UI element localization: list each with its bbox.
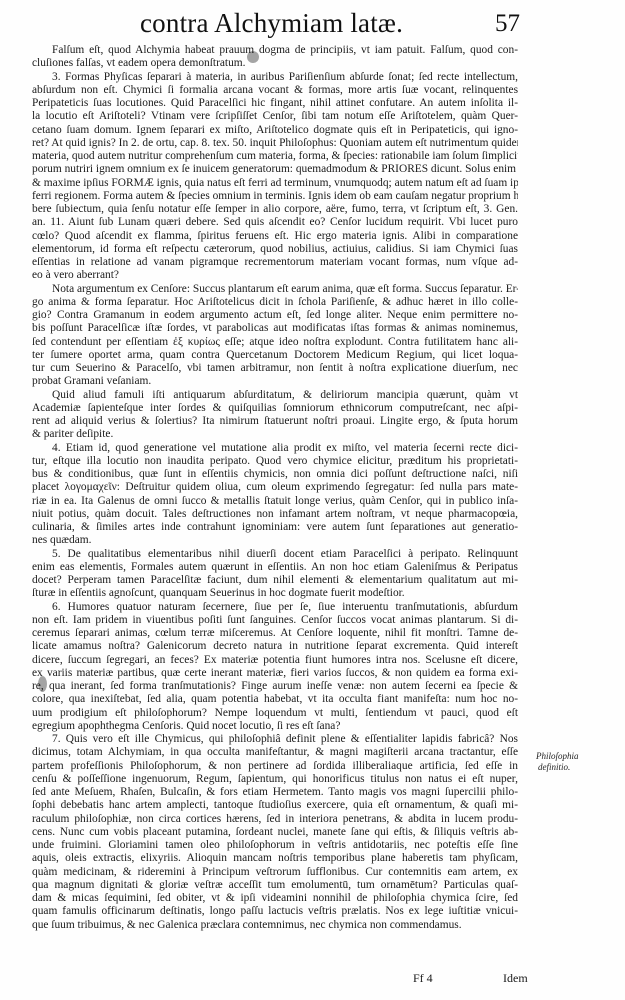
text-line: ſturæ in eſſentiis agnoſcunt, quanquam S… bbox=[32, 587, 518, 600]
text-line: Falſum eſt, quod Alchymia habeat prauum … bbox=[32, 44, 518, 57]
text-line: ſed ante Meſuem, Rhaſen, Bulcaſin, & for… bbox=[32, 786, 518, 799]
text-line: Academiæ ſapienteſque inter ſordes & qui… bbox=[32, 402, 518, 415]
text-line: egregium apophthegma Cenſoris. Quid noce… bbox=[32, 720, 518, 733]
text-line: tur cum Seuerino & Paracelſo, vbi tamen … bbox=[32, 362, 518, 375]
text-line: qua magnum dignitati & gloriæ veſtræ acc… bbox=[32, 879, 518, 892]
text-line: dicimus, totam Alchymiam, in qua occulta… bbox=[32, 746, 518, 759]
text-line: raculum philoſophiæ, non circa cortices … bbox=[32, 813, 518, 826]
text-line: quam famulis officinarum deſtinatis, lon… bbox=[32, 905, 518, 918]
text-line: bere ſubiectum, quia ſenſu notatur eſſe … bbox=[32, 203, 518, 216]
text-line: 6. Humores quatuor naturam ſecernere, ſi… bbox=[32, 601, 518, 614]
text-line: tur, eſtque illa locutio non inaudita pe… bbox=[32, 455, 518, 468]
text-line: non eſt. Iam pridem in viuentibus poſiti… bbox=[32, 614, 518, 627]
text-line: 3. Formas Phyſicas ſeparari à materia, i… bbox=[32, 71, 518, 84]
text-line: partem profeſſionis Philoſophorum, & non… bbox=[32, 760, 518, 773]
text-line: go anima & forma ſeparatur. Hoc Ariſtote… bbox=[32, 296, 518, 309]
text-line: ceremus ſeparari animas, cœlum terræ miſ… bbox=[32, 627, 518, 640]
text-line: 7. Quis vero eſt ille Chymicus, qui phil… bbox=[32, 733, 518, 746]
text-line: Peripateticis ſuas locutiones. Quid Para… bbox=[32, 97, 518, 110]
text-line: quàm medicinam, & rideremini à Principum… bbox=[32, 866, 518, 879]
margin-note: Philoſophia definitio. bbox=[536, 751, 616, 773]
book-page: contra Alchymiam latæ. 57 Falſum eſt, qu… bbox=[0, 0, 625, 1000]
text-line: abſurdum non eſt. Chymici ſi formalia ar… bbox=[32, 84, 518, 97]
text-line: materia, quod autem nutritur comprehenſu… bbox=[32, 150, 518, 163]
text-line: cetano ſuam domum. Ignem ſeparari ex miſ… bbox=[32, 124, 518, 137]
text-line: ſed contendunt per eſſentiam ἐξ κυρίως e… bbox=[32, 336, 518, 349]
text-line: cenſu & poſſeſſione ingenuorum, Regum, ſ… bbox=[32, 773, 518, 786]
text-line: dicere, ſuccum ſegregari, an feces? Ex m… bbox=[32, 654, 518, 667]
text-line: uum prodigium eſt philoſophorum? Nempe l… bbox=[32, 707, 518, 720]
text-line: ter ſumere oportet arma, quam contra Que… bbox=[32, 349, 518, 362]
text-line: ſophi debebatis hanc artem amplecti, tan… bbox=[32, 799, 518, 812]
text-line: & pariter deſipite. bbox=[32, 428, 518, 441]
text-line: enim eas elementis, Formales autem quæru… bbox=[32, 561, 518, 574]
text-line: Nota argumentum ex Cenſore: Succus plant… bbox=[32, 283, 518, 296]
text-line: unde fruimini. Gloriamini tamen oleo phi… bbox=[32, 839, 518, 852]
text-line: 5. De qualitatibus elementaribus nihil d… bbox=[32, 548, 518, 561]
text-line: colore, qua inexiſtebat, ſed alia, quam … bbox=[32, 693, 518, 706]
text-line: que ſuum tribuimus, & nec Galenica præcl… bbox=[32, 919, 518, 932]
margin-note-line: Philoſophia bbox=[536, 751, 616, 762]
text-line: nes quædam. bbox=[32, 534, 518, 547]
text-line: bus & conditionibus, quæ ſunt in eſſenti… bbox=[32, 468, 518, 481]
text-line: rent ad aliquid verius & ſolertius? Ita … bbox=[32, 415, 518, 428]
text-line: Quid aliud famuli iſti antiquarum abſurd… bbox=[32, 389, 518, 402]
text-line: docet? Perperam tamen Paracelſitæ faciun… bbox=[32, 574, 518, 587]
text-line: ferri regionem. Forma autem & ſpecies om… bbox=[32, 190, 518, 203]
text-line: ex variis materiæ partibus, quæ certe in… bbox=[32, 667, 518, 680]
text-line: 4. Etiam id, quod generatione vel mutati… bbox=[32, 442, 518, 455]
page-footer: Ff 4 Idem bbox=[0, 971, 625, 989]
text-line: culinaria, & ſimiles artes inde contrahu… bbox=[32, 521, 518, 534]
text-line: elementorum, id forma eſt reſpectu cæter… bbox=[32, 243, 518, 256]
text-line: eſſentias in relatione ad vanam pigramqu… bbox=[32, 256, 518, 269]
text-line: cluſiones falſas, vt eadem opera demonſt… bbox=[32, 57, 518, 70]
text-line: aquis, oleis extractis, elixyriis. Alioq… bbox=[32, 852, 518, 865]
text-line: probat Gramani veſaniam. bbox=[32, 375, 518, 388]
body-text: Falſum eſt, quod Alchymia habeat prauum … bbox=[32, 44, 518, 932]
catchword: Idem bbox=[503, 971, 528, 986]
text-line: cens. Nunc cum vobis placeant putamina, … bbox=[32, 826, 518, 839]
text-line: dam & micas ſequimini, ſed obiter, vt & … bbox=[32, 892, 518, 905]
text-line: niuit potius, quàm docuit. Tales deſtruc… bbox=[32, 508, 518, 521]
text-line: gio? Contra Gramanum in eodem argumento … bbox=[32, 309, 518, 322]
text-line: licate amamus noſtra? Galenicorum decret… bbox=[32, 640, 518, 653]
running-title: contra Alchymiam latæ. bbox=[140, 8, 403, 39]
signature-mark: Ff 4 bbox=[413, 971, 433, 986]
text-line: porum nutriri ignem omnium ex ſe inuicem… bbox=[32, 163, 518, 176]
text-line: an. 11. Aiunt ſub Lunam quæri debere. Se… bbox=[32, 216, 518, 229]
text-line: & maxime ipſius FORMÆ ignis, quia natus … bbox=[32, 177, 518, 190]
text-line: ret? At quid ignis? In 2. de ortu, cap. … bbox=[32, 137, 518, 150]
text-line: la locutio eſt Ariſtoteli? Vtinam vere ſ… bbox=[32, 110, 518, 123]
margin-note-line: definitio. bbox=[536, 762, 616, 773]
text-line: bis poſſunt Paracelſicæ iſtæ ſordes, vt … bbox=[32, 322, 518, 335]
text-line: placet λογομαχεῖν: Deſtruitur quidem oli… bbox=[32, 481, 518, 494]
text-line: riæ in ea. Ita Galenus de omni ſucco & m… bbox=[32, 495, 518, 508]
text-line: eo à vero aberrant? bbox=[32, 269, 518, 282]
text-line: re, qua inerant, ſed forma tranſmutation… bbox=[32, 680, 518, 693]
running-head: contra Alchymiam latæ. 57 bbox=[0, 8, 625, 40]
text-line: cœlo? Quod aſcendit ex flamma, ſpiritus … bbox=[32, 230, 518, 243]
page-number: 57 bbox=[495, 10, 520, 38]
